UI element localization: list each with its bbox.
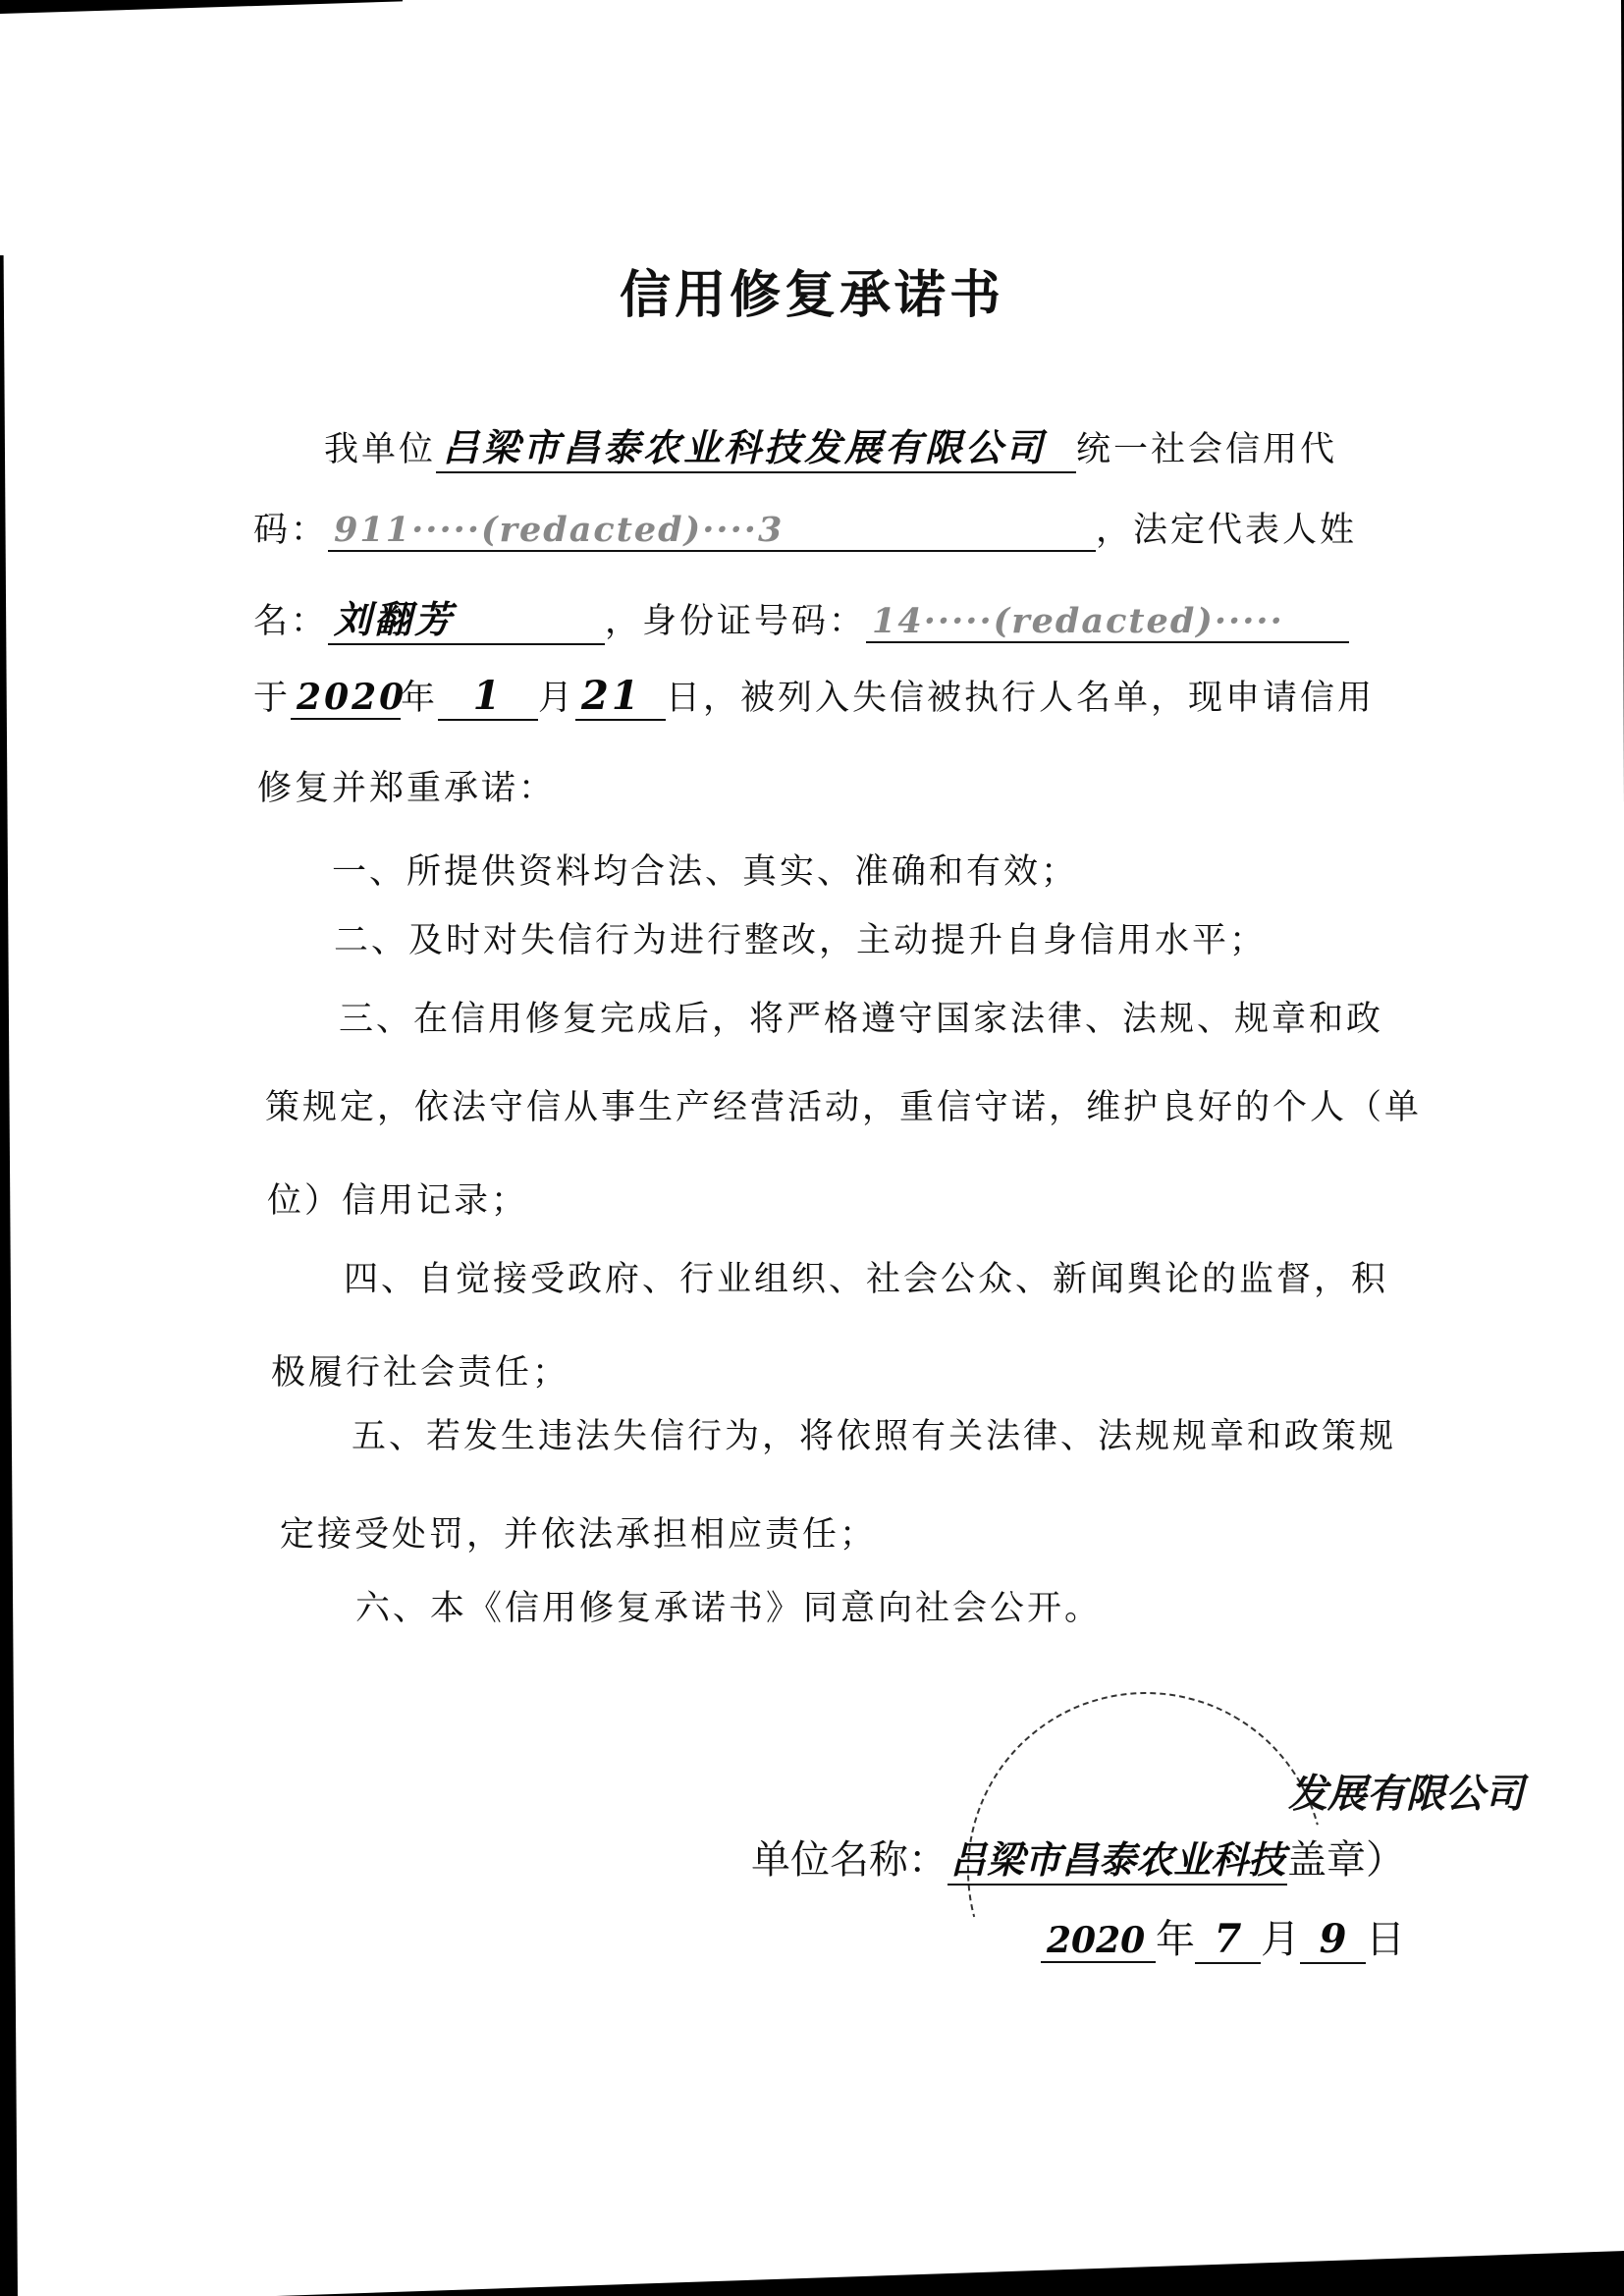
seal-label: 盖章） bbox=[1287, 1837, 1405, 1883]
date-prefix-label: 于 bbox=[253, 679, 291, 718]
commitment-3-line-2: 策规定，依法守信从事生产经营活动，重信守诺，维护良好的个人（单 bbox=[265, 1080, 1422, 1129]
intro-closing: 修复并郑重承诺： bbox=[257, 761, 556, 810]
commitment-3-line-1: 三、在信用修复完成后，将严格遵守国家法律、法规、规章和政 bbox=[339, 992, 1383, 1041]
day-suffix-text: 日，被列入失信被执行人名单，现申请信用 bbox=[666, 679, 1375, 718]
sign-day-field[interactable]: 9 bbox=[1300, 1916, 1366, 1964]
scan-edge-bottom bbox=[0, 2251, 1624, 2296]
sign-year-unit: 年 bbox=[1156, 1917, 1195, 1962]
listed-year-field[interactable]: 2020 bbox=[291, 677, 401, 720]
sign-month-field[interactable]: 7 bbox=[1195, 1916, 1261, 1964]
credit-code-label-b: 码： bbox=[253, 511, 328, 550]
commitment-2: 二、及时对失信行为进行整改，主动提升自身信用水平； bbox=[334, 913, 1267, 962]
commitment-4-line-1: 四、自觉接受政府、行业组织、社会公众、新闻舆论的监督，积 bbox=[344, 1252, 1388, 1301]
commitment-4-line-2: 极履行社会责任； bbox=[271, 1345, 569, 1394]
signature-unit-row: 单位名称：吕梁市昌泰农业科技盖章） bbox=[751, 1829, 1405, 1886]
document-title: 信用修复承诺书 bbox=[0, 253, 1624, 327]
credit-code-label-a: 统一社会信用代 bbox=[1076, 430, 1337, 469]
commitment-1: 一、所提供资料均合法、真实、准确和有效； bbox=[332, 845, 1078, 894]
commitment-3-line-3: 位）信用记录； bbox=[267, 1174, 528, 1223]
intro-line-4: 于2020年1月21日，被列入失信被执行人名单，现申请信用 bbox=[253, 671, 1375, 721]
listed-day-field[interactable]: 21 bbox=[575, 673, 666, 721]
intro-line-2: 码：911·····(redacted)····3，法定代表人姓 bbox=[253, 503, 1357, 552]
commitment-5-line-1: 五、若发生违法失信行为，将依照有关法律、法规规章和政策规 bbox=[352, 1409, 1396, 1458]
signature-unit-field[interactable]: 吕梁市昌泰农业科技 bbox=[947, 1830, 1287, 1886]
intro-line-3: 名：刘翻芳，身份证号码：14·····(redacted)····· bbox=[253, 589, 1349, 645]
unit-name-handwritten-continuation: 发展有限公司 bbox=[1288, 1763, 1524, 1819]
id-number-label: ，身份证号码： bbox=[605, 602, 866, 641]
scan-edge-right bbox=[1614, 0, 1624, 805]
legal-rep-label-a: ，法定代表人姓 bbox=[1096, 511, 1357, 550]
id-number-field[interactable]: 14·····(redacted)····· bbox=[866, 601, 1349, 643]
unit-prefix-label: 我单位 bbox=[324, 430, 436, 469]
legal-rep-name-field[interactable]: 刘翻芳 bbox=[328, 589, 605, 645]
intro-line-1: 我单位吕梁市昌泰农业科技发展有限公司统一社会信用代 bbox=[324, 417, 1337, 473]
sign-month-unit: 月 bbox=[1261, 1917, 1300, 1962]
scan-edge-left bbox=[0, 255, 18, 2296]
commitment-6: 六、本《信用修复承诺书》同意向社会公开。 bbox=[355, 1581, 1102, 1630]
listed-month-field[interactable]: 1 bbox=[438, 673, 538, 721]
signature-date-row: 2020年7月9日 bbox=[1041, 1908, 1405, 1964]
sign-year-field[interactable]: 2020 bbox=[1041, 1920, 1156, 1963]
month-unit-label: 月 bbox=[538, 679, 575, 718]
credit-code-field[interactable]: 911·····(redacted)····3 bbox=[328, 510, 1096, 552]
sign-day-unit: 日 bbox=[1366, 1917, 1405, 1962]
commitment-5-line-2: 定接受处罚，并依法承担相应责任； bbox=[280, 1507, 877, 1557]
scan-edge-top bbox=[0, 0, 403, 14]
unit-name-field[interactable]: 吕梁市昌泰农业科技发展有限公司 bbox=[436, 417, 1076, 473]
legal-rep-label-b: 名： bbox=[253, 602, 328, 641]
unit-name-label: 单位名称： bbox=[751, 1837, 947, 1883]
year-unit-label: 年 bbox=[401, 679, 438, 718]
